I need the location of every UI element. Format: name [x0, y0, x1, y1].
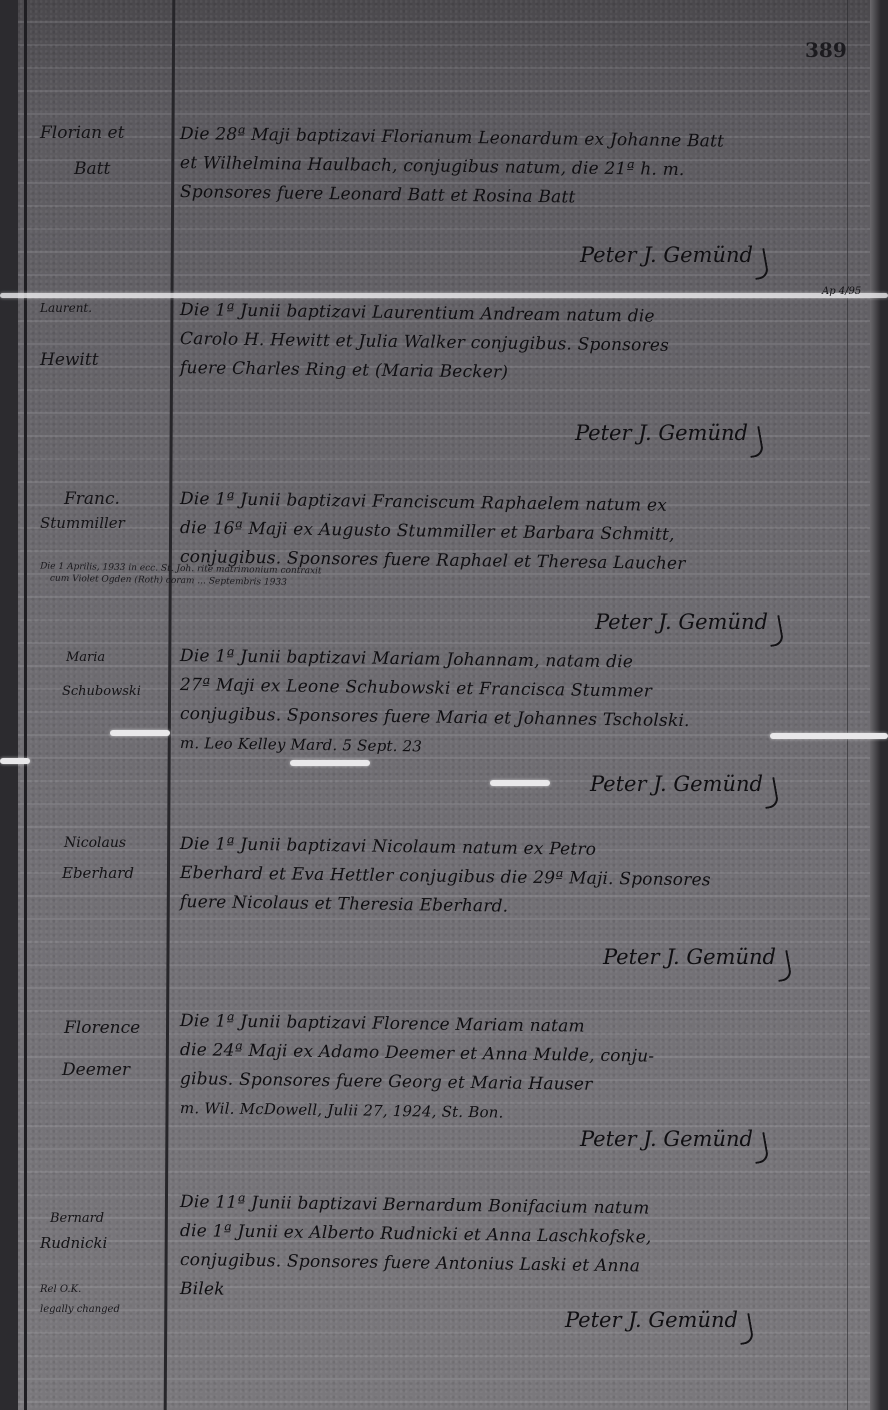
paper-tear [110, 730, 170, 736]
scan-right-edge [870, 0, 888, 1410]
entry-text: Die 1ª Junii baptizavi Franciscum Raphae… [180, 485, 860, 572]
scan-left-edge [0, 0, 18, 1410]
left-rule-line [24, 0, 27, 1410]
superscript-note: Ap 4/95 [822, 286, 861, 297]
officiant-signature: Peter J. Gemünd [580, 1127, 753, 1151]
officiant-signature: Peter J. Gemünd [565, 1308, 738, 1332]
entry-text: Die 28ª Maji baptizavi Florianum Leonard… [180, 120, 860, 207]
margin-child-name: Florian et Batt [40, 121, 170, 181]
entry-text: Die 11ª Junii baptizavi Bernardum Bonifa… [180, 1188, 860, 1304]
margin-legal-note: Rel O.K. legally changed [40, 1283, 170, 1317]
margin-child-name: Florence Deemer [40, 1016, 170, 1082]
paper-tear [490, 780, 550, 786]
officiant-signature: Peter J. Gemünd [590, 772, 763, 796]
paper-tear [0, 758, 30, 764]
register-page: 389 Florian et Batt Die 28ª Maji baptiza… [0, 0, 888, 1410]
officiant-signature: Peter J. Gemünd [603, 945, 776, 969]
margin-child-name: Franc. Stummiller [40, 487, 170, 535]
entry-text: Die 1ª Junii baptizavi Florence Mariam n… [180, 1007, 860, 1123]
marriage-side-note: Die 1 Aprilis, 1933 in ecc. St. Joh. rit… [40, 561, 322, 590]
margin-rule-line [164, 0, 176, 1410]
margin-child-name: Maria Schubowski [40, 646, 170, 704]
margin-child-name: Laurent. Hewitt [40, 296, 170, 372]
entry-text: Die 1ª Junii baptizavi Laurentium Andrea… [180, 296, 860, 383]
officiant-signature: Peter J. Gemünd [575, 421, 748, 445]
officiant-signature: Peter J. Gemünd [580, 243, 753, 267]
page-number: 389 [805, 38, 847, 62]
entry-text: Die 1ª Junii baptizavi Mariam Johannam, … [180, 642, 860, 758]
entry-text: Die 1ª Junii baptizavi Nicolaum natum ex… [180, 830, 860, 917]
margin-child-name: Bernard Rudnicki [40, 1207, 170, 1255]
margin-child-name: Nicolaus Eberhard [40, 831, 170, 885]
officiant-signature: Peter J. Gemünd [595, 610, 768, 634]
paper-tear [290, 760, 370, 766]
